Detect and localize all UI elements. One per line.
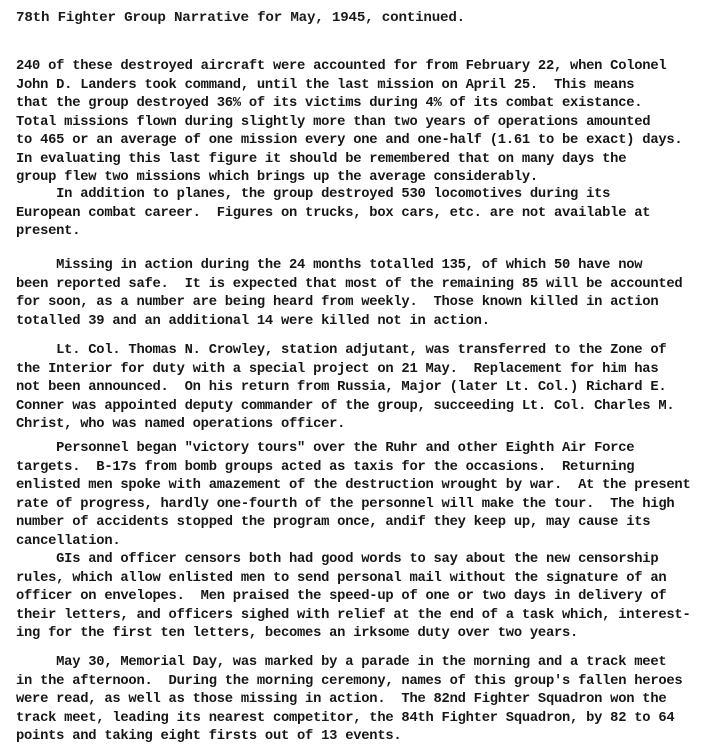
text-line: been reported safe. It is expected that …: [16, 276, 682, 295]
text-line: their letters, and officers sighed with …: [16, 607, 690, 626]
text-line: In evaluating this last figure it should…: [16, 151, 682, 170]
text-line: Christ, who was named operations officer…: [16, 416, 674, 435]
paragraph-locomotives: In addition to planes, the group destroy…: [16, 186, 650, 242]
document-heading: 78th Fighter Group Narrative for May, 19…: [16, 10, 465, 26]
text-line: for soon, as a number are being heard fr…: [16, 294, 682, 313]
text-line: targets. B-17s from bomb groups acted as…: [16, 459, 690, 478]
text-line: European combat career. Figures on truck…: [16, 205, 650, 224]
text-line: in the afternoon. During the morning cer…: [16, 673, 682, 692]
text-line: cancellation.: [16, 533, 690, 552]
text-line: to 465 or an average of one mission ever…: [16, 132, 682, 151]
paragraph-personnel-changes: Lt. Col. Thomas N. Crowley, station adju…: [16, 342, 674, 435]
text-line: rules, which allow enlisted men to send …: [16, 570, 690, 589]
paragraph-censorship: GIs and officer censors both had good wo…: [16, 551, 690, 644]
document-page: 78th Fighter Group Narrative for May, 19…: [0, 0, 712, 746]
text-line: enlisted men spoke with amazement of the…: [16, 477, 690, 496]
text-line: points and taking eight firsts out of 13…: [16, 728, 682, 746]
text-line: the Interior for duty with a special pro…: [16, 361, 674, 380]
paragraph-memorial-day: May 30, Memorial Day, was marked by a pa…: [16, 654, 682, 746]
paragraph-victory-tours: Personnel began "victory tours" over the…: [16, 440, 690, 551]
text-line: Lt. Col. Thomas N. Crowley, station adju…: [16, 342, 674, 361]
text-line: GIs and officer censors both had good wo…: [16, 551, 690, 570]
text-line: John D. Landers took command, until the …: [16, 77, 682, 96]
text-line: track meet, leading its nearest competit…: [16, 710, 682, 729]
text-line: group flew two missions which brings up …: [16, 169, 682, 188]
text-line: Personnel began "victory tours" over the…: [16, 440, 690, 459]
text-line: May 30, Memorial Day, was marked by a pa…: [16, 654, 682, 673]
text-line: were read, as well as those missing in a…: [16, 691, 682, 710]
paragraph-aircraft-statistics: 240 of these destroyed aircraft were acc…: [16, 58, 682, 188]
text-line: ing for the first ten letters, becomes a…: [16, 625, 690, 644]
text-line: 240 of these destroyed aircraft were acc…: [16, 58, 682, 77]
text-line: Missing in action during the 24 months t…: [16, 257, 682, 276]
text-line: In addition to planes, the group destroy…: [16, 186, 650, 205]
text-line: rate of progress, hardly one-fourth of t…: [16, 496, 690, 515]
text-line: not been announced. On his return from R…: [16, 379, 674, 398]
text-line: Conner was appointed deputy commander of…: [16, 398, 674, 417]
text-line: officer on envelopes. Men praised the sp…: [16, 588, 690, 607]
text-line: present.: [16, 223, 650, 242]
paragraph-missing-in-action: Missing in action during the 24 months t…: [16, 257, 682, 331]
text-line: number of accidents stopped the program …: [16, 514, 690, 533]
text-line: Total missions flown during slightly mor…: [16, 114, 682, 133]
text-line: totalled 39 and an additional 14 were ki…: [16, 313, 682, 332]
text-line: that the group destroyed 36% of its vict…: [16, 95, 682, 114]
